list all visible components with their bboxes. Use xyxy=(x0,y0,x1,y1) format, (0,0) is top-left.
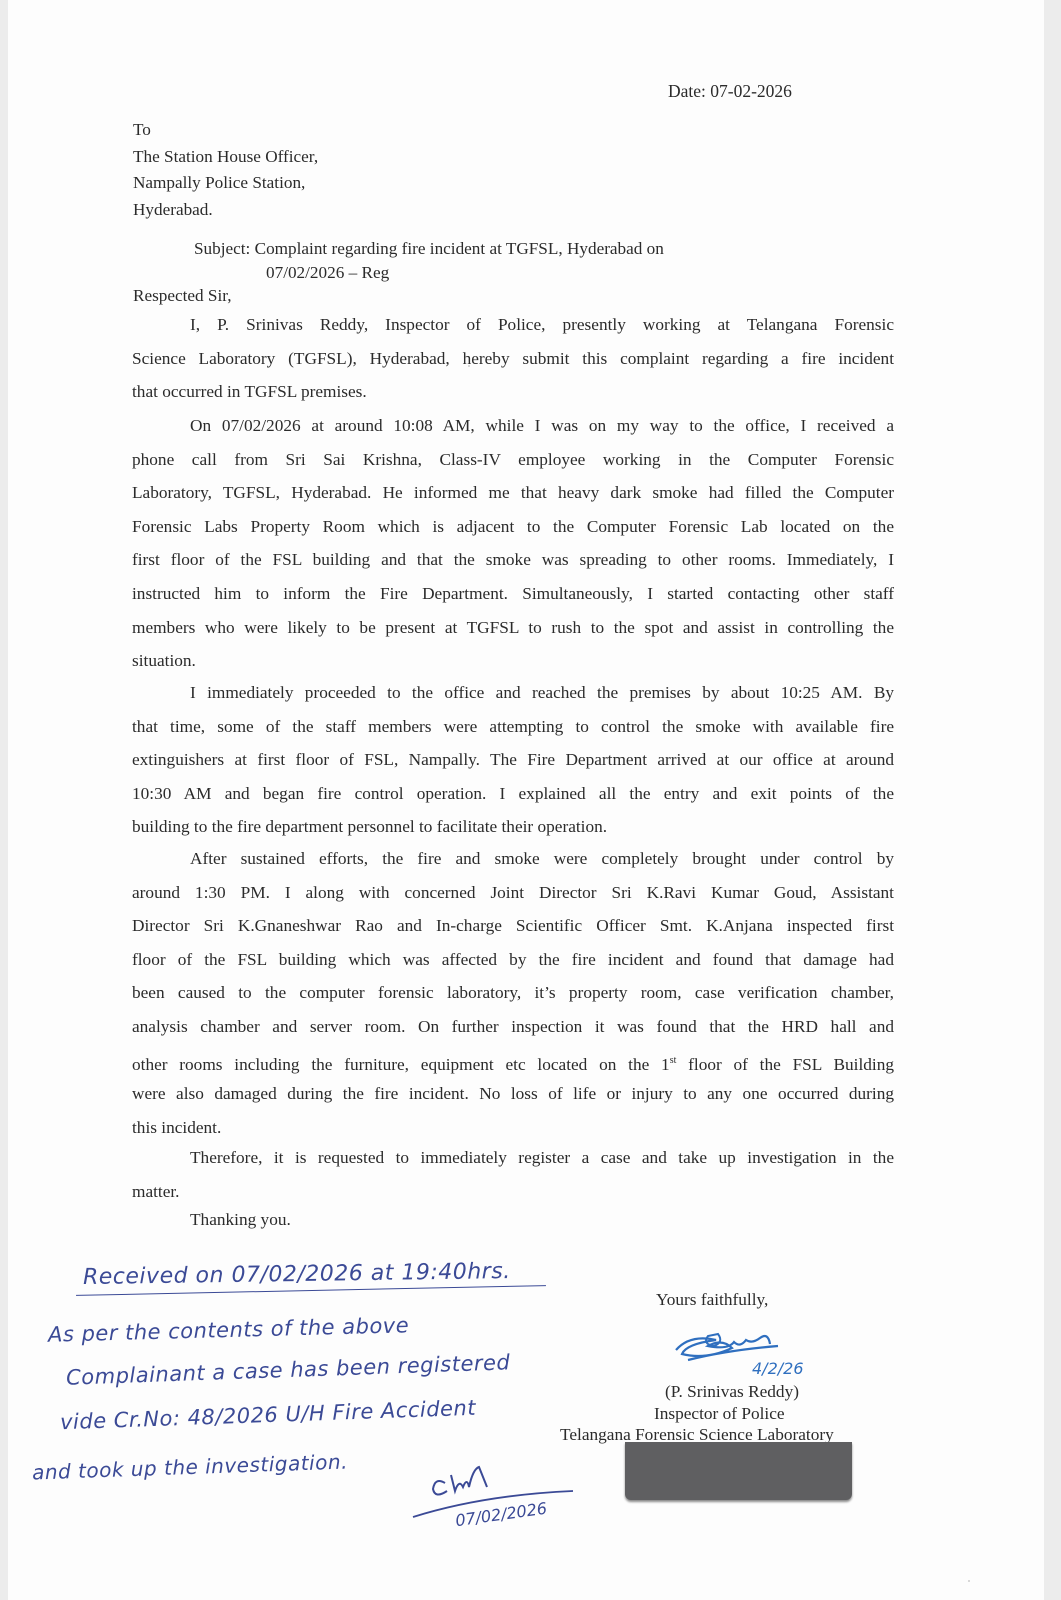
handwritten-line: As per the contents of the above xyxy=(48,1313,410,1346)
text-line: On 07/02/2026 at around 10:08 AM, while … xyxy=(132,409,894,443)
text-line: instructed him to inform the Fire Depart… xyxy=(132,577,894,611)
paragraph-request: Therefore, it is requested to immediatel… xyxy=(132,1141,894,1208)
text-line: I immediately proceeded to the office an… xyxy=(132,676,894,710)
text-line: extinguishers at first floor of FSL, Nam… xyxy=(132,743,894,777)
text-line: After sustained efforts, the fire and sm… xyxy=(132,842,894,876)
handwritten-line: and took up the investigation. xyxy=(32,1449,349,1484)
text-line: 10:30 AM and began fire control operatio… xyxy=(132,777,894,811)
text-line: been caused to the computer forensic lab… xyxy=(132,976,894,1010)
text-line: Laboratory, TGFSL, Hyderabad. He informe… xyxy=(132,476,894,510)
subject-line-1: Subject: Complaint regarding fire incide… xyxy=(194,237,664,261)
text-line: Director Sri K.Gnaneshwar Rao and In-cha… xyxy=(132,909,894,943)
recipient-city: Hyderabad. xyxy=(133,197,318,224)
signatory-name: (P. Srinivas Reddy) xyxy=(656,1381,808,1403)
handwritten-line: Complainant a case has been registered xyxy=(66,1350,511,1389)
text-line: floor of the FSL building which was affe… xyxy=(132,943,894,977)
paragraph-damage-assessment: After sustained efforts, the fire and sm… xyxy=(132,842,894,1144)
paper-speck xyxy=(968,1580,970,1582)
subject-line-2: 07/02/2026 – Reg xyxy=(194,261,664,285)
yours-faithfully: Yours faithfully, xyxy=(656,1290,768,1310)
complainant-signature: 4/2/26 xyxy=(668,1320,828,1384)
paragraph-arrival: I immediately proceeded to the office an… xyxy=(132,676,894,844)
text-line: were also damaged during the fire incide… xyxy=(132,1077,894,1111)
signatory-title: Inspector of Police xyxy=(654,1403,785,1425)
sho-initials-signature: 07/02/2026 xyxy=(403,1455,583,1535)
text-line: Forensic Labs Property Room which is adj… xyxy=(132,510,894,544)
closing-thanks: Thanking you. xyxy=(190,1210,291,1230)
paragraph-phone-call: On 07/02/2026 at around 10:08 AM, while … xyxy=(132,409,894,678)
paper-speck xyxy=(748,690,750,692)
recipient-address: To The Station House Officer, Nampally P… xyxy=(133,117,318,223)
text-line: phone call from Sri Sai Krishna, Class-I… xyxy=(132,443,894,477)
text-line: situation. xyxy=(132,644,894,678)
signature-date: 4/2/26 xyxy=(752,1359,804,1378)
text-line: matter. xyxy=(132,1175,894,1209)
text-line: Therefore, it is requested to immediatel… xyxy=(132,1141,894,1175)
text-line: Science Laboratory (TGFSL), Hyderabad, h… xyxy=(132,342,894,376)
subject-line: Subject: Complaint regarding fire incide… xyxy=(194,237,664,285)
letter-date: Date: 07-02-2026 xyxy=(668,81,792,102)
paper-speck xyxy=(468,365,470,367)
redaction-block xyxy=(625,1442,852,1500)
handwritten-received-line: Received on 07/02/2026 at 19:40hrs. xyxy=(83,1259,511,1290)
text-line: members who were likely to be present at… xyxy=(132,611,894,645)
text-line: first floor of the FSL building and that… xyxy=(132,543,894,577)
text-line: analysis chamber and server room. On fur… xyxy=(132,1010,894,1044)
paragraph-introduction: I, P. Srinivas Reddy, Inspector of Polic… xyxy=(132,308,894,409)
handwritten-line: vide Cr.No: 48/2026 U/H Fire Accident xyxy=(60,1396,477,1435)
recipient-title: The Station House Officer, xyxy=(133,144,318,171)
text-line: building to the fire department personne… xyxy=(132,810,894,844)
text-line: that time, some of the staff members wer… xyxy=(132,710,894,744)
text-line: around 1:30 PM. I along with concerned J… xyxy=(132,876,894,910)
salutation: Respected Sir, xyxy=(133,286,232,306)
to-label: To xyxy=(133,117,318,144)
text-line: that occurred in TGFSL premises. xyxy=(132,375,894,409)
letter-page: Date: 07-02-2026 To The Station House Of… xyxy=(8,0,1044,1600)
text-line: other rooms including the furniture, equ… xyxy=(132,1044,894,1078)
text-line: this incident. xyxy=(132,1111,894,1145)
recipient-station: Nampally Police Station, xyxy=(133,170,318,197)
text-line: I, P. Srinivas Reddy, Inspector of Polic… xyxy=(132,308,894,342)
